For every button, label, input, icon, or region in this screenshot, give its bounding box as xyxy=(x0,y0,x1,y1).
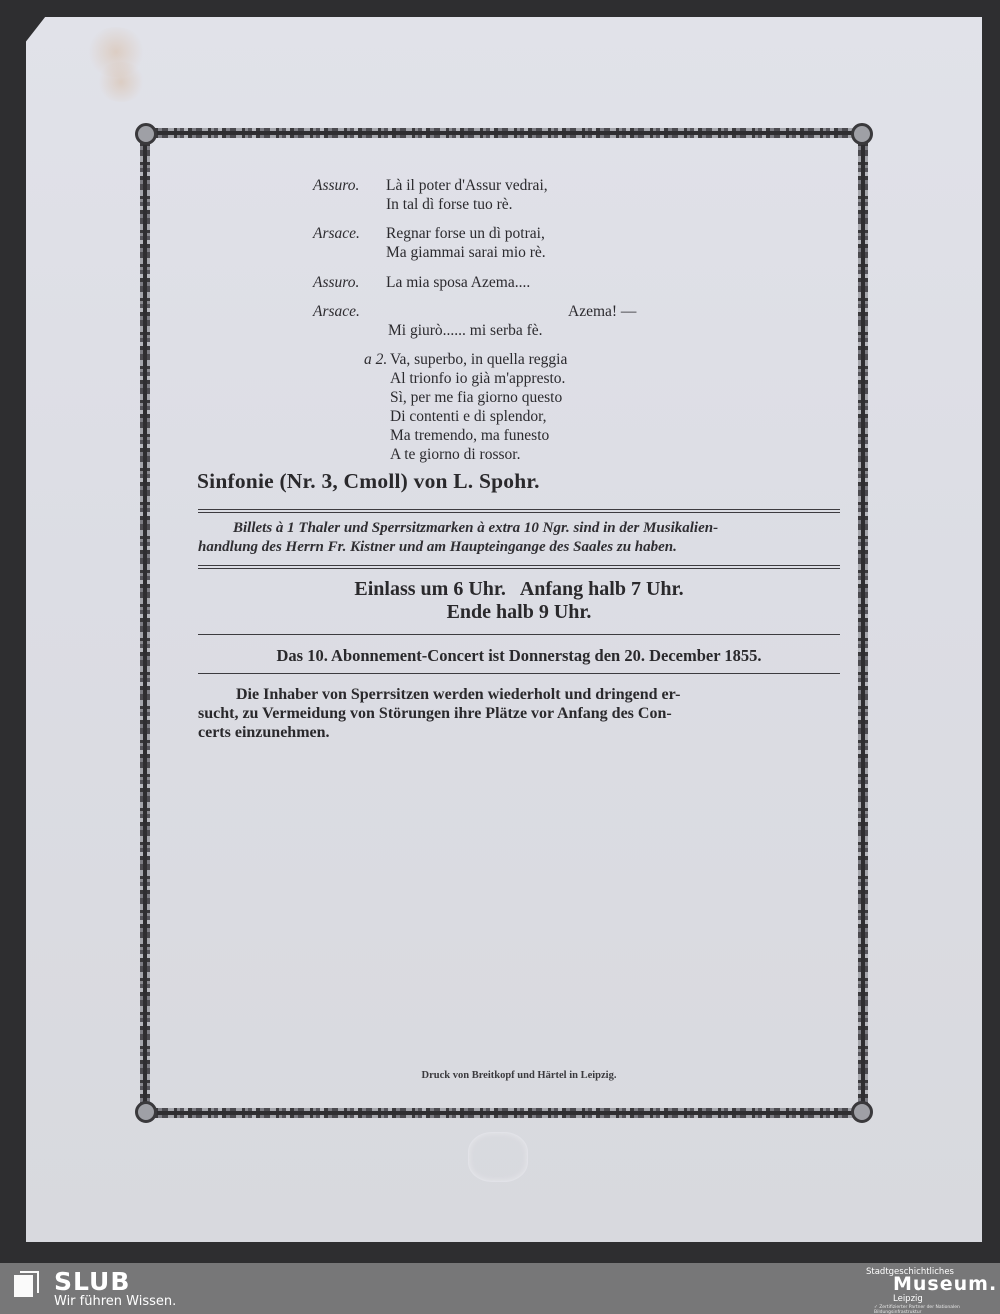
verse-line: Al trionfo io già m'appresto. xyxy=(390,369,565,388)
museum-certification: ✓ Zertifizierter Partner der Nationalen … xyxy=(874,1305,1000,1314)
verse-line: Là il poter d'Assur vedrai, xyxy=(386,176,548,195)
printer-imprint: Druck von Breitkopf und Härtel in Leipzi… xyxy=(198,1070,840,1081)
slub-tagline: Wir führen Wissen. xyxy=(54,1294,176,1309)
role-label: a 2. xyxy=(364,351,387,369)
verse-line: Ma tremendo, ma funesto xyxy=(390,426,549,445)
verse-line: A te giorno di rossor. xyxy=(390,445,520,464)
role-label: Arsace. xyxy=(313,225,360,243)
verse-line: Ma giammai sarai mio rè. xyxy=(386,243,546,262)
verse-line: In tal dì forse tuo rè. xyxy=(386,195,513,214)
verse-line: Va, superbo, in quella reggia xyxy=(390,350,567,369)
sinfonie-heading: Sinfonie (Nr. 3, Cmoll) von L. Spohr. xyxy=(197,469,540,494)
program-content: Assuro. Là il poter d'Assur vedrai, In t… xyxy=(0,0,1000,1314)
end-time: Ende halb 9 Uhr. xyxy=(198,601,840,623)
role-label: Arsace. xyxy=(313,303,360,321)
verse-line: Azema! — xyxy=(568,302,636,321)
role-label: Assuro. xyxy=(313,274,359,292)
double-rule xyxy=(198,509,840,513)
role-label: Assuro. xyxy=(313,177,359,195)
verse-line: Sì, per me fia giorno questo xyxy=(390,388,562,407)
next-concert-announcement: Das 10. Abonnement-Concert ist Donnersta… xyxy=(198,646,840,666)
notice-line: sucht, zu Vermeidung von Störungen ihre … xyxy=(198,705,672,723)
notice-line: certs einzunehmen. xyxy=(198,724,330,742)
double-rule xyxy=(198,565,840,569)
admission-times: Einlass um 6 Uhr. Anfang halb 7 Uhr. xyxy=(198,578,840,600)
tickets-info-line: Billets à 1 Thaler und Sperrsitzmarken à… xyxy=(233,519,718,538)
verse-line: Mi giurò...... mi serba fè. xyxy=(388,321,543,340)
verse-line: La mia sposa Azema.... xyxy=(386,273,530,292)
verse-line: Regnar forse un dì potrai, xyxy=(386,224,545,243)
slub-logo-icon[interactable] xyxy=(14,1271,40,1297)
tickets-info-line: handlung des Herrn Fr. Kistner und am Ha… xyxy=(198,538,677,557)
notice-line: Die Inhaber von Sperrsitzen werden wiede… xyxy=(236,686,680,704)
museum-city: Leipzig xyxy=(893,1294,923,1304)
slub-brand[interactable]: SLUB xyxy=(54,1267,130,1296)
verse-line: Di contenti e di splendor, xyxy=(390,407,547,426)
rule xyxy=(198,673,840,674)
rule xyxy=(198,634,840,635)
footer-bar: SLUB Wir führen Wissen. Stadtgeschichtli… xyxy=(0,1263,1000,1314)
museum-brand[interactable]: Museum. xyxy=(893,1273,997,1295)
